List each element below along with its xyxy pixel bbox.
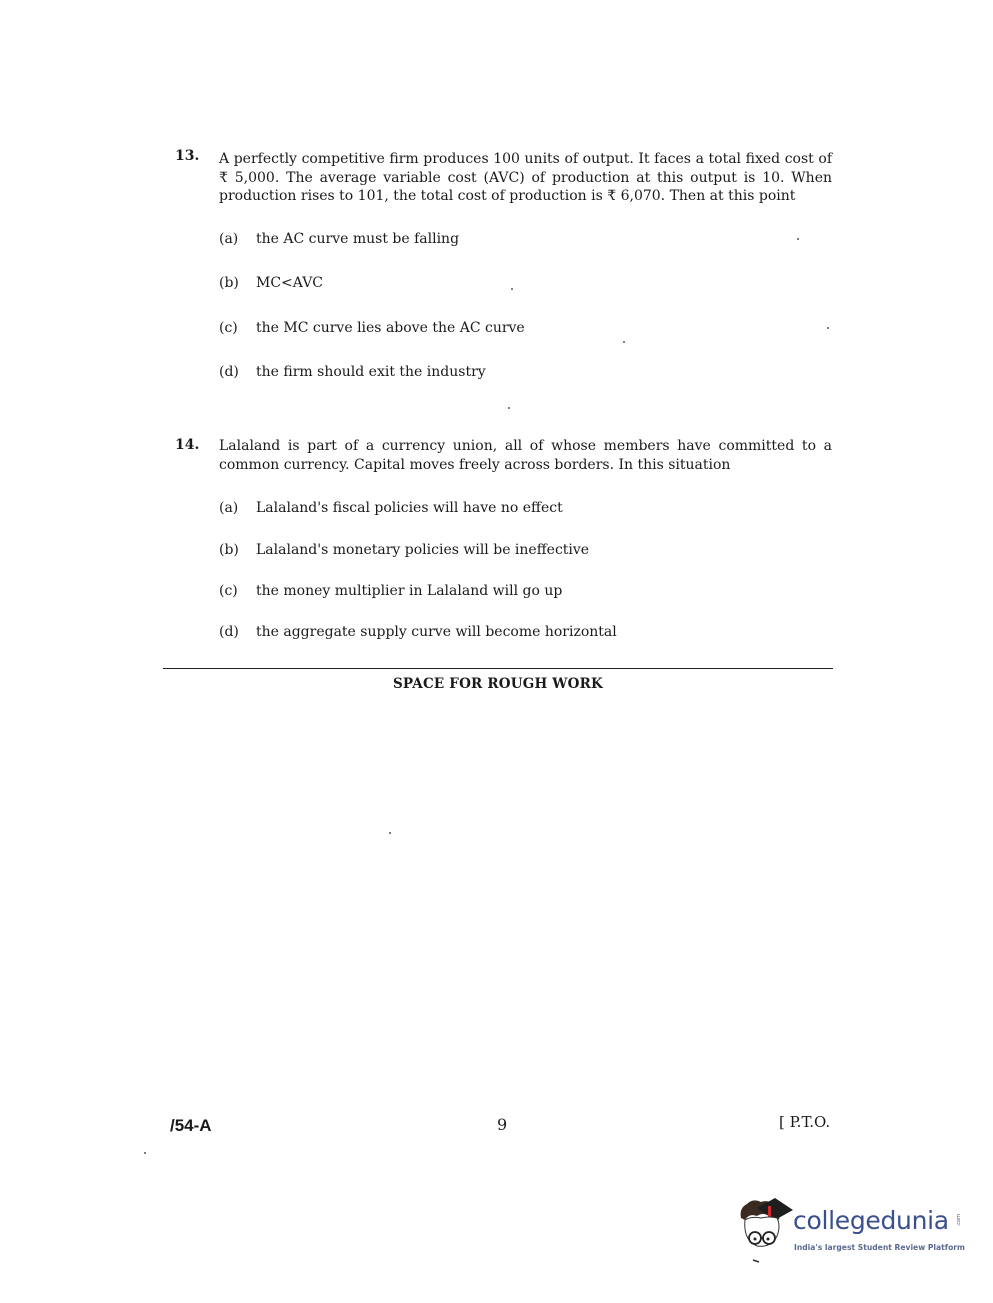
scan-speck bbox=[389, 832, 391, 834]
option-b: (b)Lalaland's monetary policies will be … bbox=[219, 542, 589, 558]
pto-label: [ P.T.O. bbox=[779, 1113, 830, 1131]
question-number: 13. bbox=[175, 148, 199, 164]
brand-tagline: India's largest Student Review Platform bbox=[794, 1243, 965, 1252]
option-a: (a)Lalaland's fiscal policies will have … bbox=[219, 500, 563, 516]
brand-suffix: .com bbox=[956, 1214, 962, 1226]
option-text: Lalaland's fiscal policies will have no … bbox=[256, 500, 563, 516]
option-text: the firm should exit the industry bbox=[256, 364, 486, 380]
option-text: the money multiplier in Lalaland will go… bbox=[256, 583, 562, 599]
scan-speck bbox=[623, 341, 625, 343]
question-text: Lalaland is part of a currency union, al… bbox=[219, 437, 832, 474]
option-label: (d) bbox=[219, 624, 256, 640]
collegedunia-watermark: collegedunia .com India's largest Studen… bbox=[735, 1196, 965, 1268]
question-number: 14. bbox=[175, 437, 199, 453]
option-label: (c) bbox=[219, 583, 256, 599]
rough-work-heading: SPACE FOR ROUGH WORK bbox=[163, 676, 833, 692]
option-c: (c)the money multiplier in Lalaland will… bbox=[219, 583, 562, 599]
option-text: the MC curve lies above the AC curve bbox=[256, 320, 525, 336]
option-text: Lalaland's monetary policies will be ine… bbox=[256, 542, 589, 558]
mascot-icon bbox=[735, 1196, 795, 1268]
option-b: (b)MC<AVC bbox=[219, 275, 323, 291]
option-label: (d) bbox=[219, 364, 256, 380]
brand-name: collegedunia bbox=[793, 1206, 949, 1235]
divider-line bbox=[163, 668, 833, 669]
option-text: the AC curve must be falling bbox=[256, 231, 459, 247]
scan-speck bbox=[827, 327, 829, 329]
option-d: (d)the aggregate supply curve will becom… bbox=[219, 624, 617, 640]
option-label: (b) bbox=[219, 542, 256, 558]
option-c: (c)the MC curve lies above the AC curve bbox=[219, 320, 525, 336]
page-number: 9 bbox=[497, 1115, 507, 1134]
option-d: (d)the firm should exit the industry bbox=[219, 364, 486, 380]
scan-speck bbox=[511, 288, 513, 290]
question-text: A perfectly competitive firm produces 10… bbox=[219, 150, 832, 206]
scan-speck bbox=[144, 1152, 146, 1154]
option-label: (c) bbox=[219, 320, 256, 336]
option-label: (a) bbox=[219, 500, 256, 516]
option-text: MC<AVC bbox=[256, 275, 323, 291]
scan-speck bbox=[508, 407, 510, 409]
option-text: the aggregate supply curve will become h… bbox=[256, 624, 617, 640]
scan-speck bbox=[797, 238, 799, 240]
option-a: (a)the AC curve must be falling bbox=[219, 231, 459, 247]
option-label: (a) bbox=[219, 231, 256, 247]
paper-code: /54-A bbox=[170, 1116, 212, 1136]
option-label: (b) bbox=[219, 275, 256, 291]
